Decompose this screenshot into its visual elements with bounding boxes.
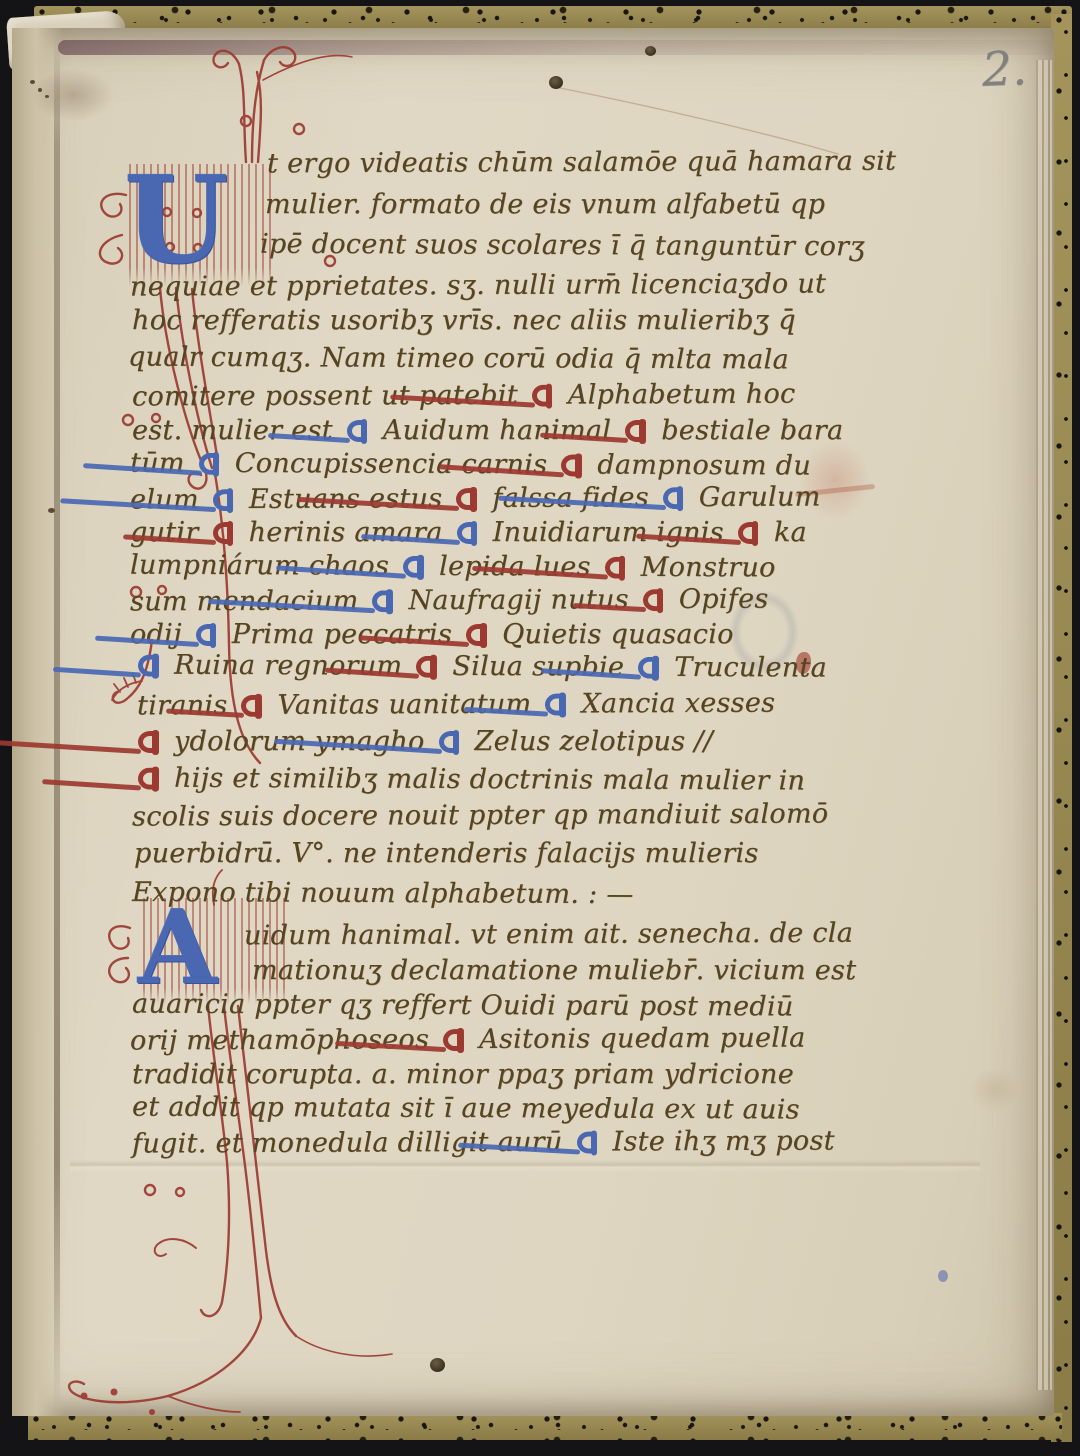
manuscript-text: Vanitas uanitatum [277,689,531,721]
paraph-tail [53,666,141,676]
text-line: Expono tibi nouum alphabetum. : — [130,878,636,910]
text-line: comitere possent ut patebitAlphabetum ho… [130,380,798,413]
manuscript-text: dampnosum du [597,450,811,482]
text-line: tradidit corupta. a. minor ppaʒ priam yd… [130,1060,796,1090]
paraph-mark-blue-icon [138,654,164,679]
paraph-mark-blue-icon [545,692,571,717]
manuscript-text: Auidum hanimal [383,415,611,446]
paraph-tail [0,739,141,753]
manuscript-text: lumpniárum chaos [130,550,389,582]
paraph-mark-blue-icon [403,555,429,580]
manuscript-text: Alphabetum hoc [568,379,796,411]
manuscript-text: lepida lues [439,551,591,583]
manuscript-text: hijs et similibʒ malis doctrinis mala mu… [174,763,805,797]
text-line: ydolorum ymaghoZelus zelotipus // [126,727,715,757]
manuscript-text: Concupissencia carnis [235,448,548,480]
manuscript-text: elum [130,484,199,515]
manuscript-text: t ergo videatis chūm salamōe quā hamara … [267,146,896,180]
text-line: Ruina regnorumSilua supbieTruculenta [126,650,829,683]
blue-ink-dot [938,1270,948,1282]
paraph-mark-red-icon [625,419,651,444]
manuscript-text: Prima peccatris [232,619,452,650]
paraph-mark-blue-icon [663,486,689,511]
manuscript-text: Ruina regnorum [174,650,402,682]
paraph-mark-red-icon [456,487,482,512]
paraph-mark-blue-icon [576,1130,602,1155]
manuscript-text: auaricia ppter qʒ reffert Ouidi parū pos… [132,989,794,1023]
manuscript-text: Expono tibi nouum alphabetum. : — [132,877,634,910]
manuscript-text: Truculenta [674,652,827,684]
text-line: tūmConcupissencia carnisdampnosum du [128,449,813,482]
text-line: hoc refferatis usoribʒ vrīs. nec aliis m… [130,306,798,336]
text-line: orij methamōphoseosAsitonis quedam puell… [128,1024,808,1057]
text-line: mationuʒ declamatione muliebr̄. vicium e… [250,956,858,986]
text-line: ipē docent suos scolares ī q̄ tanguntūr … [258,230,867,263]
text-line: puerbidrū. V°. ne intenderis falacijs mu… [132,839,761,869]
folio-number: 2. [981,41,1028,98]
manuscript-text: Silua supbie [452,651,624,683]
manuscript-text: tradidit corupta. a. minor ppaʒ priam yd… [132,1059,794,1090]
wormhole [430,1358,445,1372]
paraph-mark-red-icon [738,521,764,546]
manuscript-text: tūm [130,448,185,479]
text-line: uidum hanimal. vt enim ait. senecha. de … [242,919,855,952]
text-line: qualr cumqʒ. Nam timeo corū odia q̄ mlta… [126,343,791,376]
manuscript-text: puerbidrū. V°. ne intenderis falacijs mu… [134,838,759,869]
manuscript-text: gutir [130,517,199,548]
manuscript-text: hoc refferatis usoribʒ vrīs. nec aliis m… [132,305,796,336]
manuscript-text: et addit qp mutata sit ī aue meyedula ex… [132,1092,800,1126]
paraph-mark-red-icon [466,623,492,648]
text-line: gutirherinis amaraInuidiarum igniska [128,518,809,548]
manuscript-text: Naufragij nutus [408,584,628,616]
paraph-mark-blue-icon [347,419,373,444]
paraph-mark-red-icon [213,521,239,546]
text-line: et addit qp mutata sit ī aue meyedula ex… [130,1093,802,1126]
speck [30,80,35,84]
manuscript-text: fugit. et monedula dilligit aurū [132,1127,563,1160]
manuscript-text: qualr cumqʒ. Nam timeo corū odia q̄ mlta… [128,342,789,376]
paraph-tail [42,779,141,790]
wormhole [645,46,656,56]
text-line: fugit. et monedula dilligit aurūIste ihʒ… [130,1126,837,1159]
speck [48,508,55,513]
manuscript-text: uidum hanimal. vt enim ait. senecha. de … [244,918,853,952]
text-line: elumEstuans estusfalssa fidesGarulum [128,482,823,515]
manuscript-text: Iste ihʒ mʒ post [612,1125,834,1157]
manuscript-text: herinis amara [249,517,443,548]
manuscript-text: est. mulier est [132,415,333,446]
text-line: hijs et similibʒ malis doctrinis mala mu… [126,764,807,797]
text-line: lumpniárum chaoslepida luesMonstruo [128,551,778,584]
text-line: mulier. formato de eis vnum alfabetū qp [263,190,827,220]
manuscript-text: Zelus zelotipus // [475,726,714,757]
text-line: t ergo videatis chūm salamōe quā hamara … [265,147,898,180]
paraph-mark-blue-icon [372,589,398,614]
paraph-mark-red-icon [416,655,442,680]
text-line: tiranisVanitas uanitatumXancia xesses [135,689,777,722]
text-line: odijPrima peccatrisQuietis quasacio [128,620,736,650]
paraph-mark-red-icon [532,384,558,409]
manuscript-text: Garulum [699,481,821,513]
paraph-mark-blue-icon [439,730,465,755]
text-block: t ergo videatis chūm salamōe quā hamara … [0,0,1080,1456]
manuscript-text: mulier. formato de eis vnum alfabetū qp [265,189,825,220]
paraph-mark-red-icon [138,767,164,792]
manuscript-text: ipē docent suos scolares ī q̄ tanguntūr … [260,229,865,263]
manuscript-text: nequiae et pprietates. sʒ. nulli urm̄ li… [130,268,826,302]
speck [45,95,49,98]
manuscript-text: Inuidiarum ignis [493,517,724,548]
manuscript-photo: U A t ergo videatis chūm salamōe quā ham… [0,0,1080,1456]
manuscript-text: tiranis [137,690,228,721]
text-line: nequiae et pprietates. sʒ. nulli urm̄ li… [128,269,828,302]
paraph-mark-blue-icon [196,623,222,648]
paraph-mark-red-icon [643,588,669,613]
paraph-mark-blue-icon [199,452,225,477]
manuscript-text: mationuʒ declamatione muliebr̄. vicium e… [252,955,856,986]
manuscript-text: odij [130,619,182,650]
paraph-mark-blue-icon [213,488,239,513]
manuscript-text: orij methamōphoseos [130,1024,429,1056]
speck [38,88,42,92]
manuscript-text: Asitonis quedam puella [479,1023,806,1055]
manuscript-text: comitere possent ut patebit [132,380,518,413]
manuscript-text: scolis suis docere nouit ppter qp mandiu… [132,798,829,832]
manuscript-text: bestiale bara [661,415,843,446]
text-line: est. mulier estAuidum hanimalbestiale ba… [130,416,845,446]
paraph-mark-red-icon [241,694,267,719]
paraph-mark-red-icon [138,730,164,755]
text-line: auaricia ppter qʒ reffert Ouidi parū pos… [130,990,796,1023]
text-line: sum mendaciumNaufragij nutusOpifes [128,585,771,618]
paraph-mark-red-icon [561,453,587,478]
paraph-mark-red-icon [605,556,631,581]
manuscript-text: Monstruo [641,552,776,584]
paraph-mark-blue-icon [638,656,664,681]
manuscript-text: Quietis quasacio [502,619,734,650]
wormhole [549,76,563,89]
manuscript-text: Xancia xesses [581,688,775,720]
text-line: scolis suis docere nouit ppter qp mandiu… [130,799,830,832]
paraph-mark-blue-icon [457,521,483,546]
paraph-mark-red-icon [443,1028,469,1053]
manuscript-text: ka [774,517,807,548]
manuscript-text: Opifes [679,584,769,615]
